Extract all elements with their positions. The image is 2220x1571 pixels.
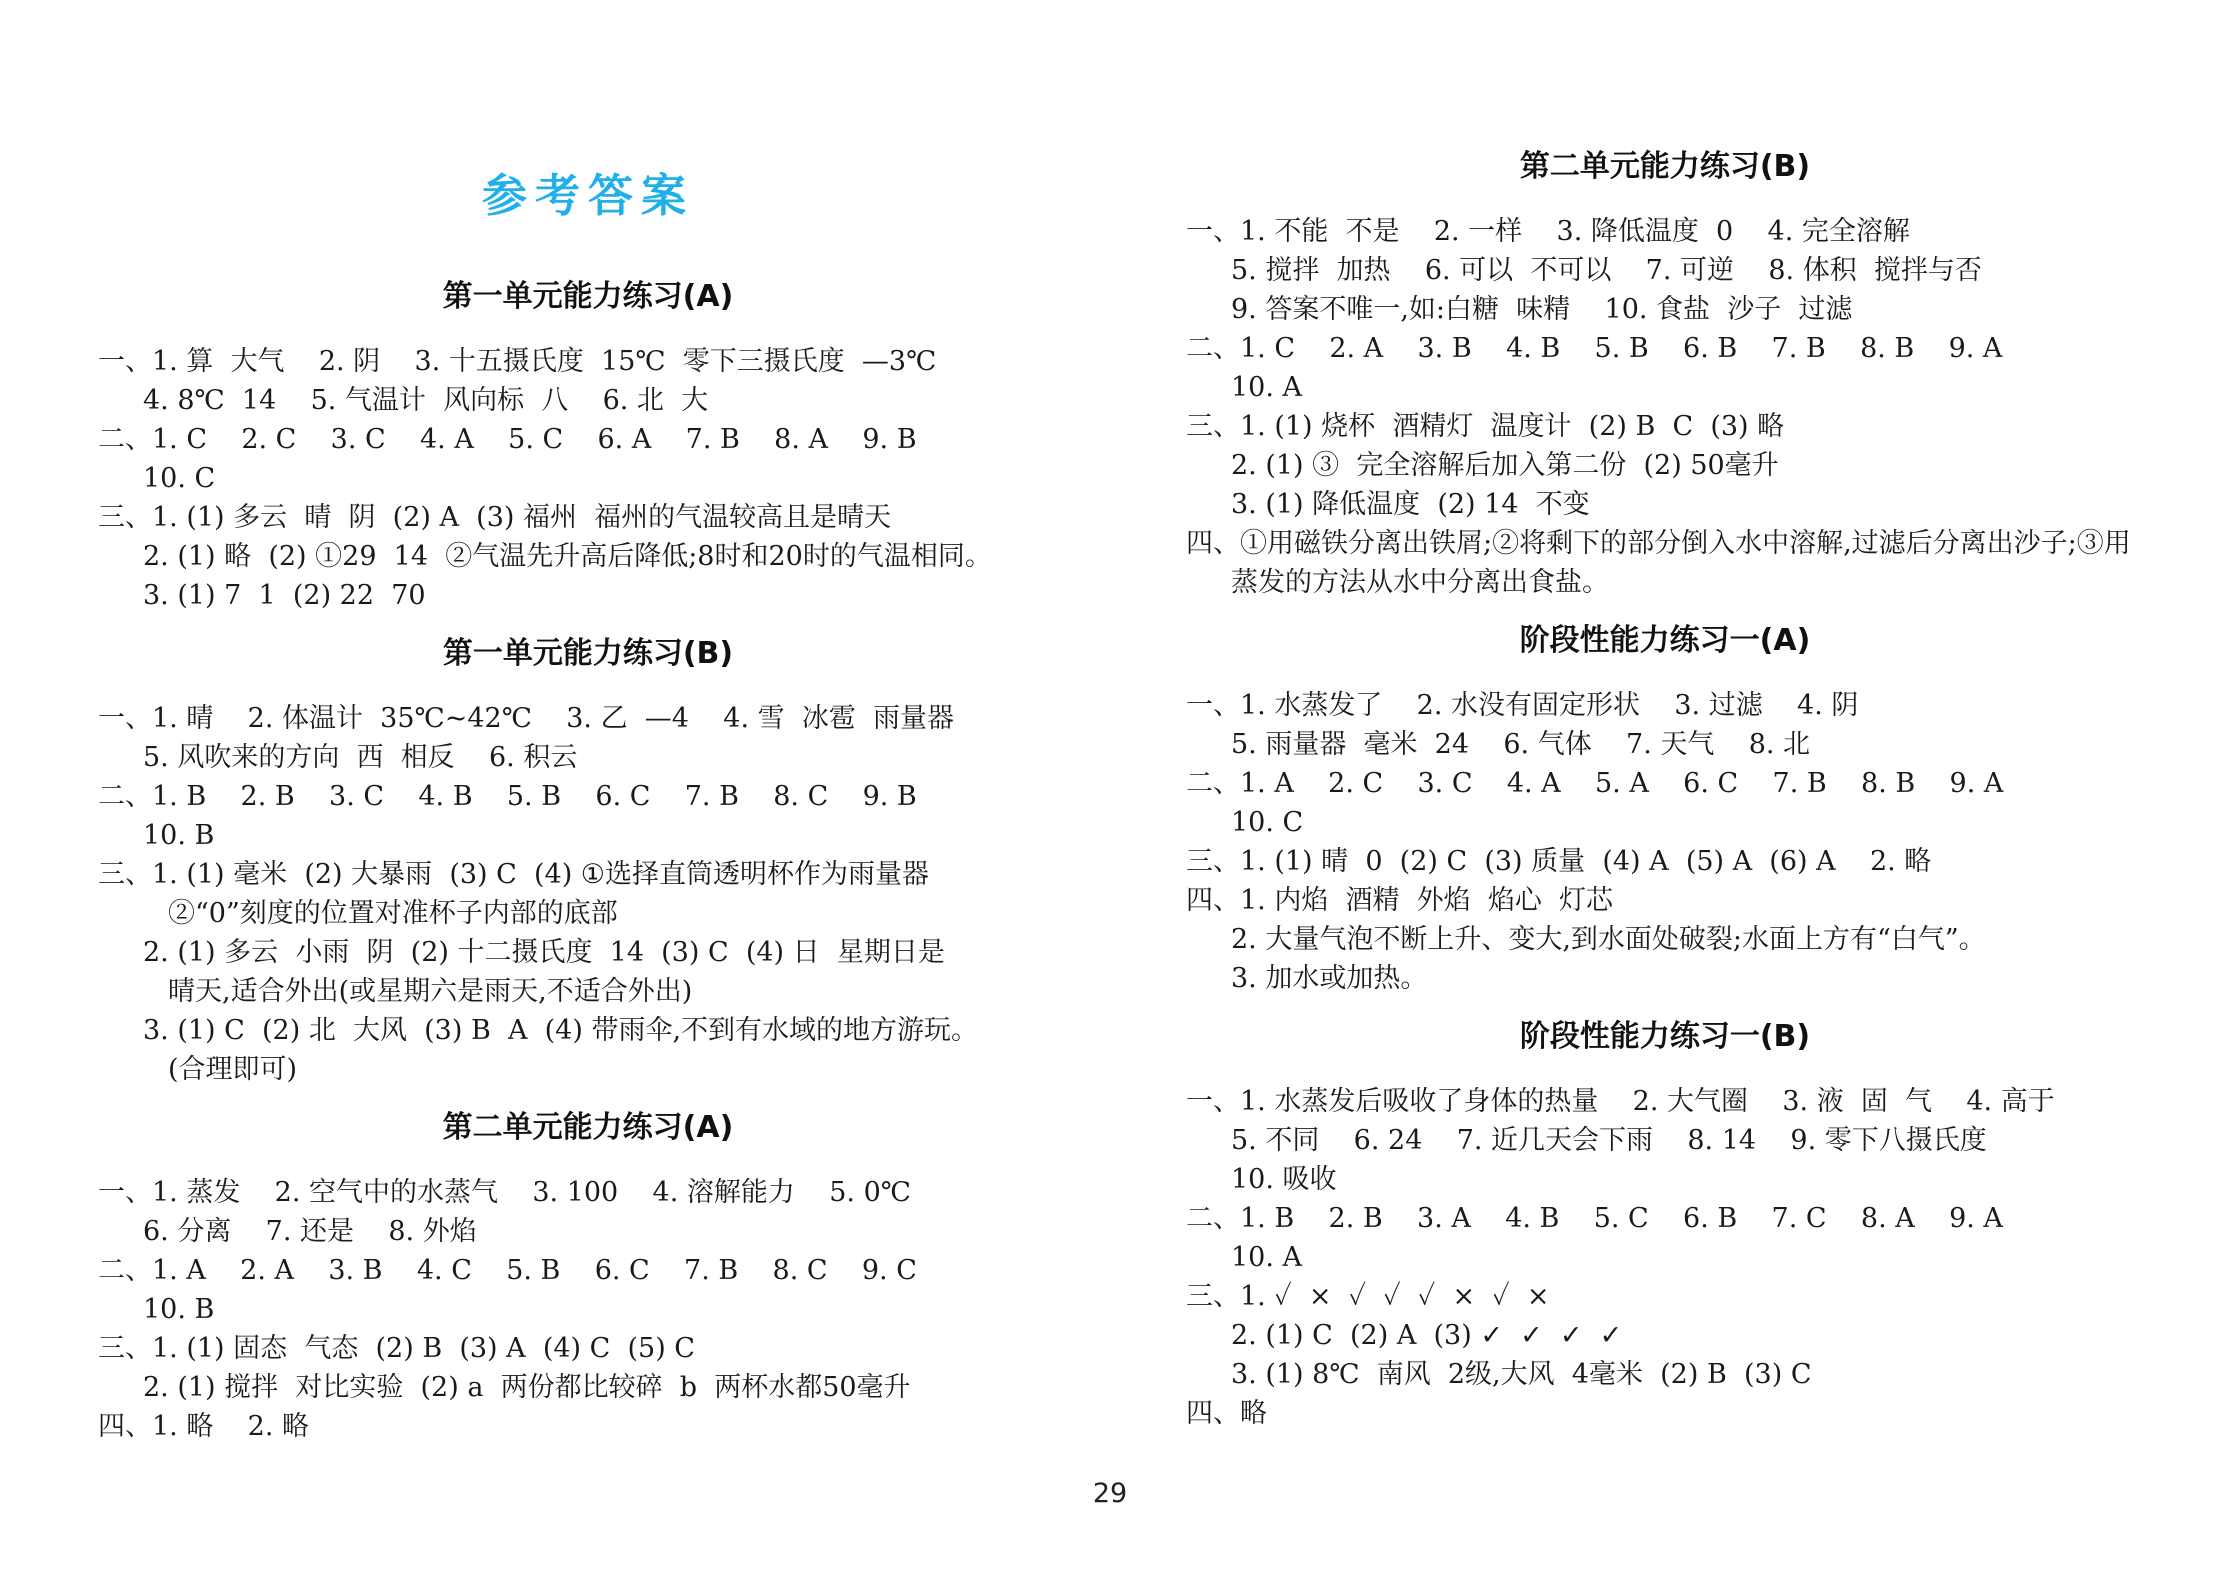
answer-line: 3. (1) 7 1 (2) 22 70 xyxy=(98,576,1078,615)
answer-line: 一、1. 晴 2. 体温计 35℃~42℃ 3. 乙 —4 4. 雪 冰雹 雨量… xyxy=(98,699,1078,738)
answer-line: 6. 分离 7. 还是 8. 外焰 xyxy=(98,1212,1078,1251)
answer-line: 二、1. B 2. B 3. C 4. B 5. B 6. C 7. B 8. … xyxy=(98,777,1078,816)
section-heading: 第一单元能力练习(B) xyxy=(98,635,1078,673)
answer-line: 2. 大量气泡不断上升、变大,到水面处破裂;水面上方有“白气”。 xyxy=(1186,920,2144,959)
answer-line: 三、1. (1) 晴 0 (2) C (3) 质量 (4) A (5) A (6… xyxy=(1186,842,2144,881)
answer-line: 4. 8℃ 14 5. 气温计 风向标 八 6. 北 大 xyxy=(98,381,1078,420)
answer-line: 10. 吸收 xyxy=(1186,1160,2144,1199)
answer-line: 一、1. 蒸发 2. 空气中的水蒸气 3. 100 4. 溶解能力 5. 0℃ xyxy=(98,1173,1078,1212)
section-heading: 第二单元能力练习(B) xyxy=(1186,148,2144,186)
answer-line: 2. (1) 搅拌 对比实验 (2) a 两份都比较碎 b 两杯水都50毫升 xyxy=(98,1368,1078,1407)
answer-line: 一、1. 水蒸发了 2. 水没有固定形状 3. 过滤 4. 阴 xyxy=(1186,686,2144,725)
section-heading: 阶段性能力练习一(B) xyxy=(1186,1018,2144,1056)
answer-line: 二、1. C 2. C 3. C 4. A 5. C 6. A 7. B 8. … xyxy=(98,420,1078,459)
answer-line: 三、1. (1) 多云 晴 阴 (2) A (3) 福州 福州的气温较高且是晴天 xyxy=(98,498,1078,537)
answer-line: 10. B xyxy=(98,1290,1078,1329)
answer-line: 一、1. 水蒸发后吸收了身体的热量 2. 大气圈 3. 液 固 气 4. 高于 xyxy=(1186,1082,2144,1121)
page-title: 参考答案 xyxy=(98,172,1078,220)
answer-line: 蒸发的方法从水中分离出食盐。 xyxy=(1186,563,2144,602)
answer-line: 2. (1) 略 (2) ①29 14 ②气温先升高后降低;8时和20时的气温相… xyxy=(98,537,1078,576)
answer-line: 三、1. ✓ × ✓ ✓ ✓ × ✓ × xyxy=(1186,1277,2144,1316)
right-column: 第二单元能力练习(B)一、1. 不能 不是 2. 一样 3. 降低温度 0 4.… xyxy=(1186,60,2144,1446)
answer-line: 5. 搅拌 加热 6. 可以 不可以 7. 可逆 8. 体积 搅拌与否 xyxy=(1186,251,2144,290)
answer-line: 5. 风吹来的方向 西 相反 6. 积云 xyxy=(98,738,1078,777)
answer-line: 三、1. (1) 固态 气态 (2) B (3) A (4) C (5) C xyxy=(98,1329,1078,1368)
answer-line: 四、1. 内焰 酒精 外焰 焰心 灯芯 xyxy=(1186,881,2144,920)
answer-line: 5. 雨量器 毫米 24 6. 气体 7. 天气 8. 北 xyxy=(1186,725,2144,764)
answer-line: 二、1. A 2. C 3. C 4. A 5. A 6. C 7. B 8. … xyxy=(1186,764,2144,803)
answer-line: 二、1. B 2. B 3. A 4. B 5. C 6. B 7. C 8. … xyxy=(1186,1199,2144,1238)
answer-line: (合理即可) xyxy=(98,1050,1078,1089)
answer-line: 3. 加水或加热。 xyxy=(1186,959,2144,998)
section-heading: 阶段性能力练习一(A) xyxy=(1186,622,2144,660)
section-heading: 第二单元能力练习(A) xyxy=(98,1109,1078,1147)
answer-line: 一、1. 不能 不是 2. 一样 3. 降低温度 0 4. 完全溶解 xyxy=(1186,212,2144,251)
answer-line: 三、1. (1) 烧杯 酒精灯 温度计 (2) B C (3) 略 xyxy=(1186,407,2144,446)
page-number: 29 xyxy=(0,1478,2220,1509)
answer-line: 3. (1) 降低温度 (2) 14 不变 xyxy=(1186,485,2144,524)
answer-line: 2. (1) C (2) A (3) ✓ ✓ ✓ ✓ xyxy=(1186,1316,2144,1355)
right-sections: 第二单元能力练习(B)一、1. 不能 不是 2. 一样 3. 降低温度 0 4.… xyxy=(1186,148,2144,1433)
answer-line: 5. 不同 6. 24 7. 近几天会下雨 8. 14 9. 零下八摄氏度 xyxy=(1186,1121,2144,1160)
answer-line: 10. B xyxy=(98,816,1078,855)
answer-line: 10. C xyxy=(1186,803,2144,842)
answer-line: 一、1. 算 大气 2. 阴 3. 十五摄氏度 15℃ 零下三摄氏度 —3℃ xyxy=(98,342,1078,381)
section-heading: 第一单元能力练习(A) xyxy=(98,278,1078,316)
answer-line: 三、1. (1) 毫米 (2) 大暴雨 (3) C (4) ①选择直筒透明杯作为… xyxy=(98,855,1078,894)
answer-line: 10. A xyxy=(1186,368,2144,407)
left-sections: 第一单元能力练习(A)一、1. 算 大气 2. 阴 3. 十五摄氏度 15℃ 零… xyxy=(98,278,1078,1446)
answer-line: 二、1. A 2. A 3. B 4. C 5. B 6. C 7. B 8. … xyxy=(98,1251,1078,1290)
answer-line: 晴天,适合外出(或星期六是雨天,不适合外出) xyxy=(98,972,1078,1011)
answer-line: 9. 答案不唯一,如:白糖 味精 10. 食盐 沙子 过滤 xyxy=(1186,290,2144,329)
answer-line: 四、1. 略 2. 略 xyxy=(98,1407,1078,1446)
answer-line: 2. (1) 多云 小雨 阴 (2) 十二摄氏度 14 (3) C (4) 日 … xyxy=(98,933,1078,972)
answer-line: 2. (1) ③ 完全溶解后加入第二份 (2) 50毫升 xyxy=(1186,446,2144,485)
answer-line: 3. (1) C (2) 北 大风 (3) B A (4) 带雨伞,不到有水域的… xyxy=(98,1011,1078,1050)
answer-line: 二、1. C 2. A 3. B 4. B 5. B 6. B 7. B 8. … xyxy=(1186,329,2144,368)
left-column: 参考答案 第一单元能力练习(A)一、1. 算 大气 2. 阴 3. 十五摄氏度 … xyxy=(98,60,1078,1446)
two-column-layout: 参考答案 第一单元能力练习(A)一、1. 算 大气 2. 阴 3. 十五摄氏度 … xyxy=(0,0,2220,1446)
answer-key-page: 参考答案 第一单元能力练习(A)一、1. 算 大气 2. 阴 3. 十五摄氏度 … xyxy=(0,0,2220,1571)
answer-line: ②“0”刻度的位置对准杯子内部的底部 xyxy=(98,894,1078,933)
answer-line: 四、①用磁铁分离出铁屑;②将剩下的部分倒入水中溶解,过滤后分离出沙子;③用 xyxy=(1186,524,2144,563)
answer-line: 四、略 xyxy=(1186,1394,2144,1433)
answer-line: 10. C xyxy=(98,459,1078,498)
answer-line: 3. (1) 8℃ 南风 2级,大风 4毫米 (2) B (3) C xyxy=(1186,1355,2144,1394)
answer-line: 10. A xyxy=(1186,1238,2144,1277)
